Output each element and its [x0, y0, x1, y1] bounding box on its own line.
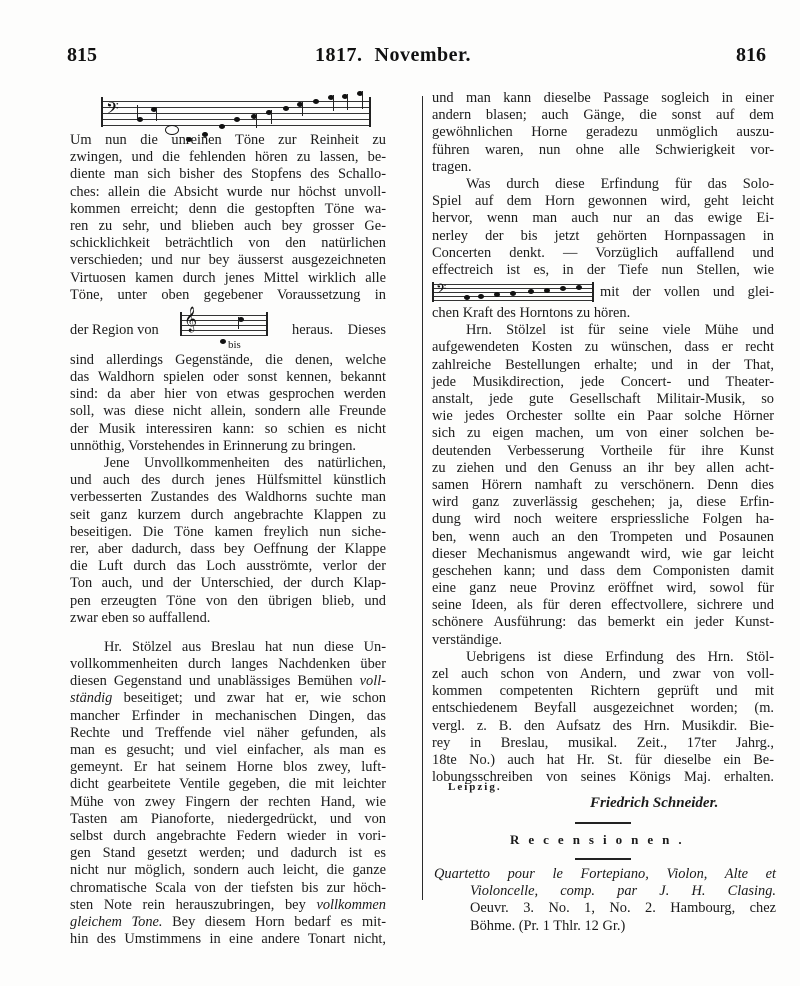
text-line: führen waren, nun ohne alle Schwierigkei…: [432, 142, 774, 159]
text-line: eine ganz neue Provinz eröffnet wird, so…: [432, 580, 774, 597]
region-text-before: der Region von: [70, 322, 159, 339]
text-line: ben, wenn auch an den Trompeten und Posa…: [432, 529, 774, 546]
text-line: vollkommenheiten durch langes Nachdenken…: [70, 656, 386, 673]
text-line: Virtuosen kamen durch jenes Mittel wirkl…: [70, 270, 386, 287]
author-signature: Friedrich Schneider.: [590, 795, 718, 812]
text-line: selbst durch angebrachte Federn wieder i…: [70, 828, 386, 845]
text-line: der Musik interessiren kann: so schien e…: [70, 421, 386, 438]
text-line: rer, aber dadurch, dass bey Oeffnung der…: [70, 541, 386, 558]
review-title-text: Violoncelle, comp. par J. H. Clasing.: [470, 883, 776, 899]
text-line: beseitigen. Die Töne kamen freylich nun …: [70, 524, 386, 541]
text-line: soll, was diese nicht allein, sondern al…: [70, 403, 386, 420]
text-line: sind allerdings Gegenstände, die denen, …: [70, 352, 386, 369]
page-number-left: 815: [67, 44, 97, 67]
text-line: zu ziehen und den Genuss an ihr bey alle…: [432, 460, 774, 477]
text-line: ches: allein die Absicht wurde nur höchs…: [70, 184, 386, 201]
text-line: geschehen kann; und dass dem Componisten…: [432, 563, 774, 580]
text-line: hin des Umstimmens in eine andere Tonart…: [70, 931, 386, 948]
review-publication-line: Oeuvr. 3. No. 1, No. 2. Hambourg, chez: [434, 900, 776, 917]
text-line: diesen Gegenstand und unablässiges Bemüh…: [70, 673, 386, 690]
text-line: pen erzeugten Töne von den übrigen blieb…: [70, 593, 386, 610]
text-line: verschieden; und nur bey äusserst ausgez…: [70, 252, 386, 269]
text-line: seit ganz kurzem durch angebrachte Klapp…: [70, 507, 386, 524]
text-line: dicht gearbeitete Ventile gegeben, die m…: [70, 776, 386, 793]
text-line: das Waldhorn spielen oder sonst kennen, …: [70, 369, 386, 386]
text-line: kommen erreicht; denn die gestopften Tön…: [70, 201, 386, 218]
column-divider: [422, 96, 423, 900]
text-line: Jene Unvollkommenheiten des natürlichen,: [70, 455, 386, 472]
section-rule-top: [575, 822, 631, 824]
text-line: Töne, unter oben gegebener Voraussetzung…: [70, 287, 386, 304]
text-line: jede Musikdirection, jede Concert- und T…: [432, 374, 774, 391]
text-line: wird ganz zuverlässig geschehen; ja, die…: [432, 494, 774, 511]
text-line: zel auch schon von Andern, und zwar von …: [432, 666, 774, 683]
music-inline-line: 𝄢 mit der vollen und glei-: [432, 279, 774, 305]
text-line: Spiel auf dem Horn gewonnen wird, geht l…: [432, 193, 774, 210]
text-line: diente man sich bisher des Stopfens des …: [70, 166, 386, 183]
text-line: Concerten denkt. — Vorzüglich auffallend…: [432, 245, 774, 262]
emphasis-text: gleichem Tone.: [70, 914, 163, 930]
text-line: gewöhnlichen Horne geradezu unmöglich au…: [432, 124, 774, 141]
running-header: 1817.November.: [315, 44, 471, 67]
left-column: Um nun die unreinen Töne zur Reinheit zu…: [70, 132, 386, 948]
music-example-low-passage: 𝄢: [432, 282, 594, 302]
text-fragment: beseitiget; und zwar hat er, wie schon: [112, 690, 386, 706]
region-text-after: heraus.: [292, 322, 333, 339]
text-line: anstalt, jede gute Gesellschaft Militair…: [432, 391, 774, 408]
treble-clef-icon: 𝄞: [184, 310, 197, 330]
text-line: andern blasen; auch Gänge, die sonst auf…: [432, 107, 774, 124]
music-line-text: mit der vollen und glei-: [600, 284, 774, 301]
emphasis-text: voll-: [360, 673, 386, 689]
book-page: 815 1817.November. 816 𝄢 Um nun die unre…: [0, 0, 800, 986]
text-line: zahlreiche Bestellungen erhalte; und in …: [432, 357, 774, 374]
text-line: rey in Breslau, musikal. Zeit., 17ter Ja…: [432, 735, 774, 752]
text-line: unnöthig, Vorstehendes in Erinnerung zu …: [70, 438, 386, 455]
text-line: Ton auch, und der Unterschied, der durch…: [70, 575, 386, 592]
text-line: zwingen, und die fehlenden hören zu lass…: [70, 149, 386, 166]
text-line: dieser Mechanismus angewandt wird, wie g…: [432, 546, 774, 563]
text-line: kommen competenten Richtern geprüft und …: [432, 683, 774, 700]
text-line: seine Ideen, als für deren effectvollere…: [432, 597, 774, 614]
text-line: vergl. z. B. den Aufsatz des Hrn. Musikd…: [432, 718, 774, 735]
text-line: Uebrigens ist diese Erfindung des Hrn. S…: [432, 649, 774, 666]
text-fragment: sten Note rein herauszubringen, bey: [70, 897, 316, 913]
section-title: Recensionen.: [510, 832, 691, 848]
text-line: deutenden Verbesserung Vortheile für ihr…: [432, 443, 774, 460]
review-price-line: Böhme. (Pr. 1 Thlr. 12 Gr.): [434, 918, 776, 935]
place-name: Leipzig.: [448, 781, 502, 793]
page-number-right: 816: [736, 44, 766, 67]
text-line: wie jedes Orchester sollte ein Paar solc…: [432, 408, 774, 425]
text-line: Mühe von zwey Fingern der rechten Hand, …: [70, 794, 386, 811]
text-line: Hrn. Stölzel ist für seine viele Mühe un…: [432, 322, 774, 339]
text-line: verständige.: [432, 632, 774, 649]
header-month: November.: [375, 44, 472, 66]
text-line: hervor, wenn man auch nur an das ewige E…: [432, 210, 774, 227]
region-line: der Region von 𝄞 bis heraus. Dieses: [70, 308, 386, 352]
text-line: sind: da aber hier von etwas gesprochen …: [70, 386, 386, 403]
text-line: Rechte und Treffende viel näher gefunden…: [70, 725, 386, 742]
emphasis-text: vollkommen: [316, 897, 386, 913]
text-line: dung wird noch weitere erspriessliche Fo…: [432, 511, 774, 528]
music-example-scale: 𝄢: [101, 97, 371, 127]
text-line: zwar eben so auffallend.: [70, 610, 386, 627]
text-line: Tasten am Pianoforte, niedergedrückt, un…: [70, 811, 386, 828]
text-line: verbesserten Zustandes des Waldhorns suc…: [70, 489, 386, 506]
text-line: entschiedenem Beyfall ausgezeichnet word…: [432, 700, 774, 717]
text-line: 18te No.) auch hat Hr. St. für dieselbe …: [432, 752, 774, 769]
music-example-range: 𝄞 bis: [180, 312, 268, 336]
text-line: ständig beseitiget; und zwar hat er, wie…: [70, 690, 386, 707]
text-line: Hr. Stölzel aus Breslau hat nun diese Un…: [70, 639, 386, 656]
section-rule-bottom: [575, 858, 631, 860]
text-line: aufgewendeten Kosten zu wünschen, dass e…: [432, 339, 774, 356]
text-line: sich zu eigen machen, um von einer solch…: [432, 425, 774, 442]
text-line: und auch des durch jenes Hülfsmittel kün…: [70, 472, 386, 489]
text-line: mancher Erfinder in mechanischen Dingen,…: [70, 708, 386, 725]
review-entry: Quartetto pour le Fortepiano, Violon, Al…: [434, 866, 776, 935]
text-line: samen Hörern namhaft zu verschönern. Den…: [432, 477, 774, 494]
region-text-end: Dieses: [348, 322, 386, 339]
text-line: schönere Ausführung: das bemerkt ein jed…: [432, 614, 774, 631]
review-title-line: Violoncelle, comp. par J. H. Clasing.: [434, 883, 776, 900]
text-line: chromatische Scala von der tiefsten bis …: [70, 880, 386, 897]
bass-clef-icon: 𝄢: [436, 281, 446, 301]
text-line: ren zu sehr, und blieben auch bey grosse…: [70, 218, 386, 235]
text-line: man es gesucht; und viel einfacher, als …: [70, 742, 386, 759]
text-line: sten Note rein herauszubringen, bey voll…: [70, 897, 386, 914]
text-line: nicht nur möglich, sondern auch leicht, …: [70, 862, 386, 879]
text-line: effectreich ist es, in der Tiefe nun Ste…: [432, 262, 774, 279]
range-label: bis: [228, 337, 241, 354]
text-line: tragen.: [432, 159, 774, 176]
text-line: gemeynt. Er hat seinem Horne blos zwey, …: [70, 759, 386, 776]
text-line: Um nun die unreinen Töne zur Reinheit zu: [70, 132, 386, 149]
right-column: und man kann dieselbe Passage sogleich i…: [432, 90, 774, 786]
text-line: Was durch diese Erfindung für das Solo-: [432, 176, 774, 193]
text-line: die Luft durch das Loch ausströmte, verl…: [70, 558, 386, 575]
text-fragment: Bey diesem Horn bedarf es mit-: [163, 914, 386, 930]
emphasis-text: ständig: [70, 690, 112, 706]
text-line: gen Stand gesetzt werden; und dadurch is…: [70, 845, 386, 862]
text-line: gleichem Tone. Bey diesem Horn bedarf es…: [70, 914, 386, 931]
text-line: nerley der bis jetzt gehörten Hornpassag…: [432, 228, 774, 245]
text-line: chen Kraft des Horntons zu hören.: [432, 305, 774, 322]
text-fragment: diesen Gegenstand und unablässiges Bemüh…: [70, 673, 360, 689]
review-title-line: Quartetto pour le Fortepiano, Violon, Al…: [434, 866, 776, 883]
text-line: und man kann dieselbe Passage sogleich i…: [432, 90, 774, 107]
text-line: schicklichkeit beträchtlich von den natü…: [70, 235, 386, 252]
bass-clef-icon: 𝄢: [106, 100, 119, 120]
header-year: 1817.: [315, 44, 363, 66]
review-title-text: Quartetto pour le Fortepiano, Violon, Al…: [434, 866, 776, 882]
